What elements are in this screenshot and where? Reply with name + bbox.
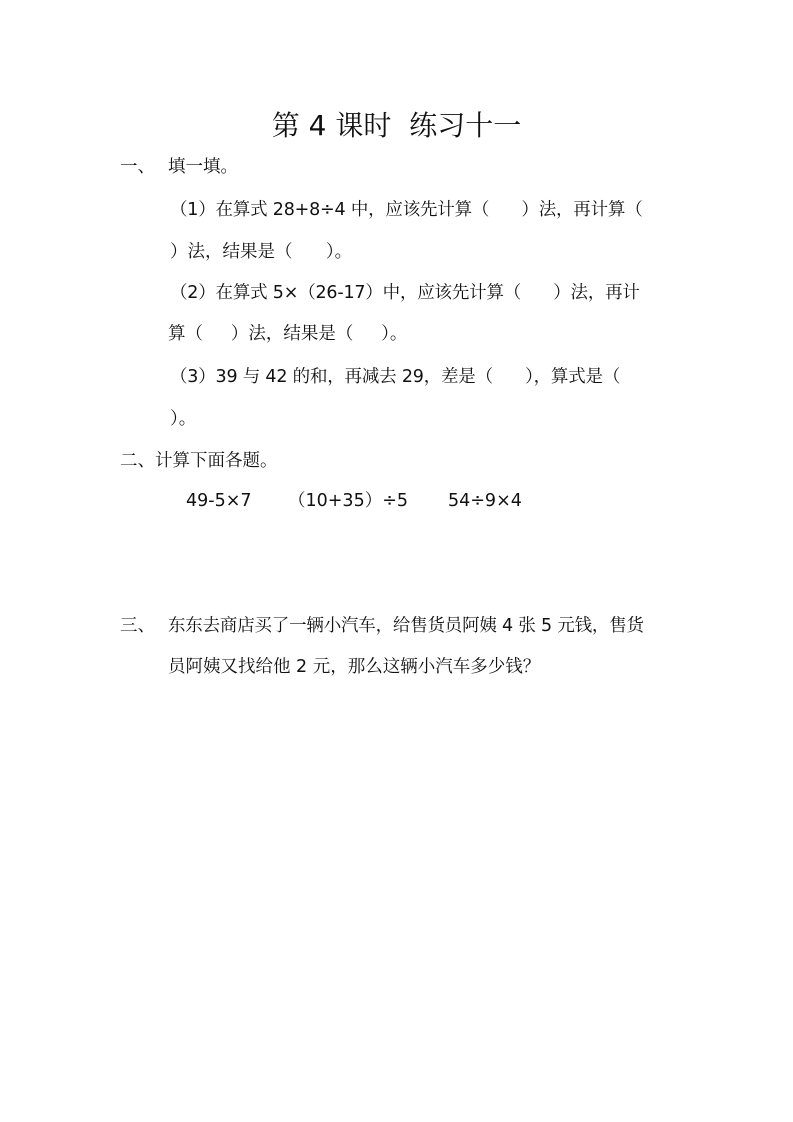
question-2-line-2: 算（ ）法，结果是（ ）。	[168, 323, 407, 345]
page-title: 第 4 课时 练习十一	[0, 108, 793, 144]
word-problem-line-1: 东东去商店买了一辆小汽车，给售货员阿姨 4 张 5 元钱，售货	[168, 615, 644, 637]
question-1-line-1: （1）在算式 28+8÷4 中，应该先计算（ ）法，再计算（	[170, 199, 643, 221]
calc-problem-2: （10+35）÷5	[288, 490, 408, 512]
section-1-heading: 填一填。	[168, 156, 238, 178]
calc-problem-3: 54÷9×4	[448, 490, 522, 512]
question-3-line-2: ）。	[170, 408, 196, 430]
section-2-heading: 二、计算下面各题。	[120, 450, 278, 472]
question-1-line-2: ）法，结果是（ ）。	[170, 241, 352, 263]
question-2-line-1: （2）在算式 5×（26-17）中，应该先计算（ ）法，再计	[170, 282, 640, 304]
question-3-line-1: （3）39 与 42 的和，再减去 29，差是（ ），算式是（	[170, 366, 620, 388]
section-3-number: 三、	[120, 615, 155, 637]
section-1-number: 一、	[120, 156, 155, 178]
calc-problem-1: 49-5×7	[186, 490, 252, 512]
word-problem-line-2: 员阿姨又找给他 2 元，那么这辆小汽车多少钱？	[168, 656, 540, 678]
